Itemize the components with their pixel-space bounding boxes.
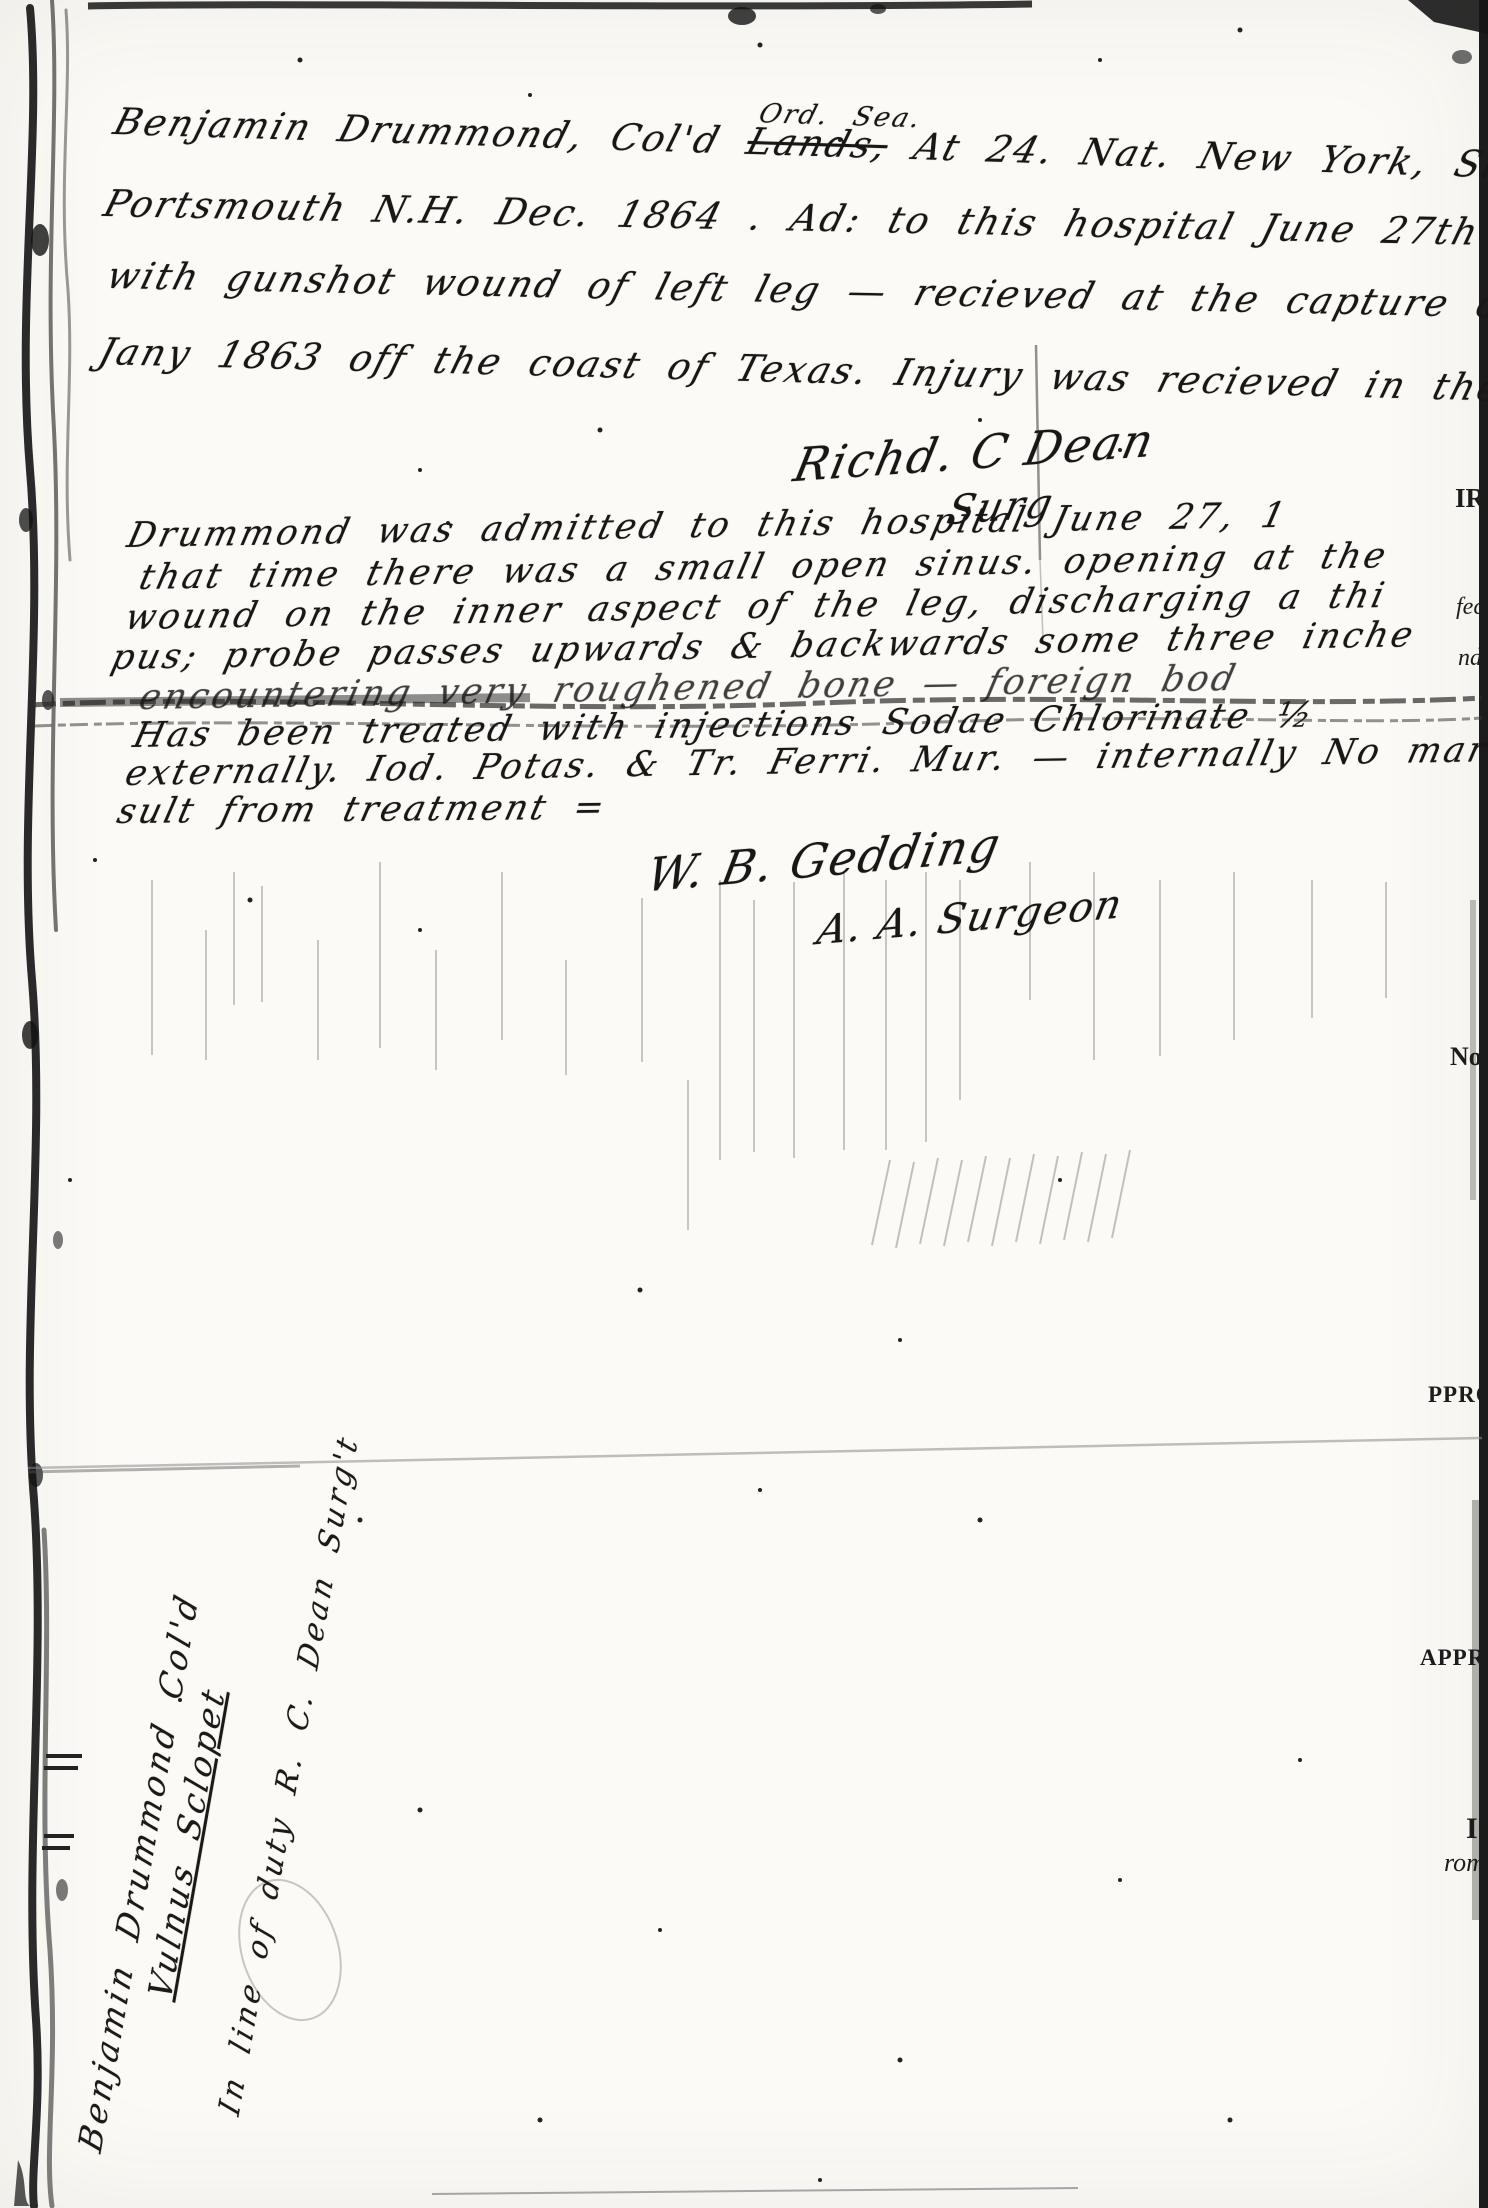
rating-correction: Ord. Sea.Lands, [742, 120, 894, 167]
entry2-line-8: sult from treatment = [113, 788, 611, 832]
page-edge-bottom [432, 2188, 1078, 2194]
bleed-through-lines [152, 862, 1386, 1230]
docket-line-certification: In line of duty R. C. Dean Surg't [213, 1429, 366, 2120]
crease-line [28, 1438, 1482, 1472]
scan-artifacts [0, 0, 1488, 2208]
entry2-signature: W. B. Gedding [643, 817, 1007, 903]
entry1-line-4: Jany 1863 off the coast of Texas. Injury… [94, 330, 1488, 412]
equals-marks [42, 1756, 82, 1848]
entry1-line-1: Benjamin Drummond, Col'd Ord. Sea.Lands,… [109, 100, 1488, 188]
printed-margin-fragment: No [1450, 1042, 1482, 1072]
entry1-line-2: Portsmouth N.H. Dec. 1864 . Ad: to this … [99, 182, 1488, 258]
printed-margin-fragment: nd [1458, 645, 1482, 672]
hatch-patch [872, 1150, 1130, 1248]
entry1-signature: Richd. C Dean [789, 412, 1160, 492]
entry1-line-3: with gunshot wound of left leg — recieve… [102, 254, 1488, 333]
printed-margin-fragment: rom [1444, 1848, 1485, 1878]
printed-margin-fragment: APPRO [1420, 1645, 1488, 1671]
printed-margin-fragment: PPRO [1428, 1382, 1488, 1408]
printed-margin-fragment: I [1466, 1812, 1478, 1846]
entry2-signature-title: A. A. Surgeon [813, 881, 1127, 955]
entry1-line-1-rest: At 24. Nat. New York, Ship [909, 125, 1488, 188]
page-edge-top [88, 4, 1032, 25]
printed-margin-fragment: fec [1456, 594, 1484, 621]
printed-margin-fragment: IR: [1455, 483, 1488, 514]
patient-name: Benjamin Drummond, Col'd [109, 100, 727, 162]
rating-corrected-text: Ord. Sea. [755, 99, 926, 135]
scanned-document-page: Benjamin Drummond, Col'd Ord. Sea.Lands,… [0, 0, 1488, 2208]
binding-edge [14, 0, 70, 2206]
